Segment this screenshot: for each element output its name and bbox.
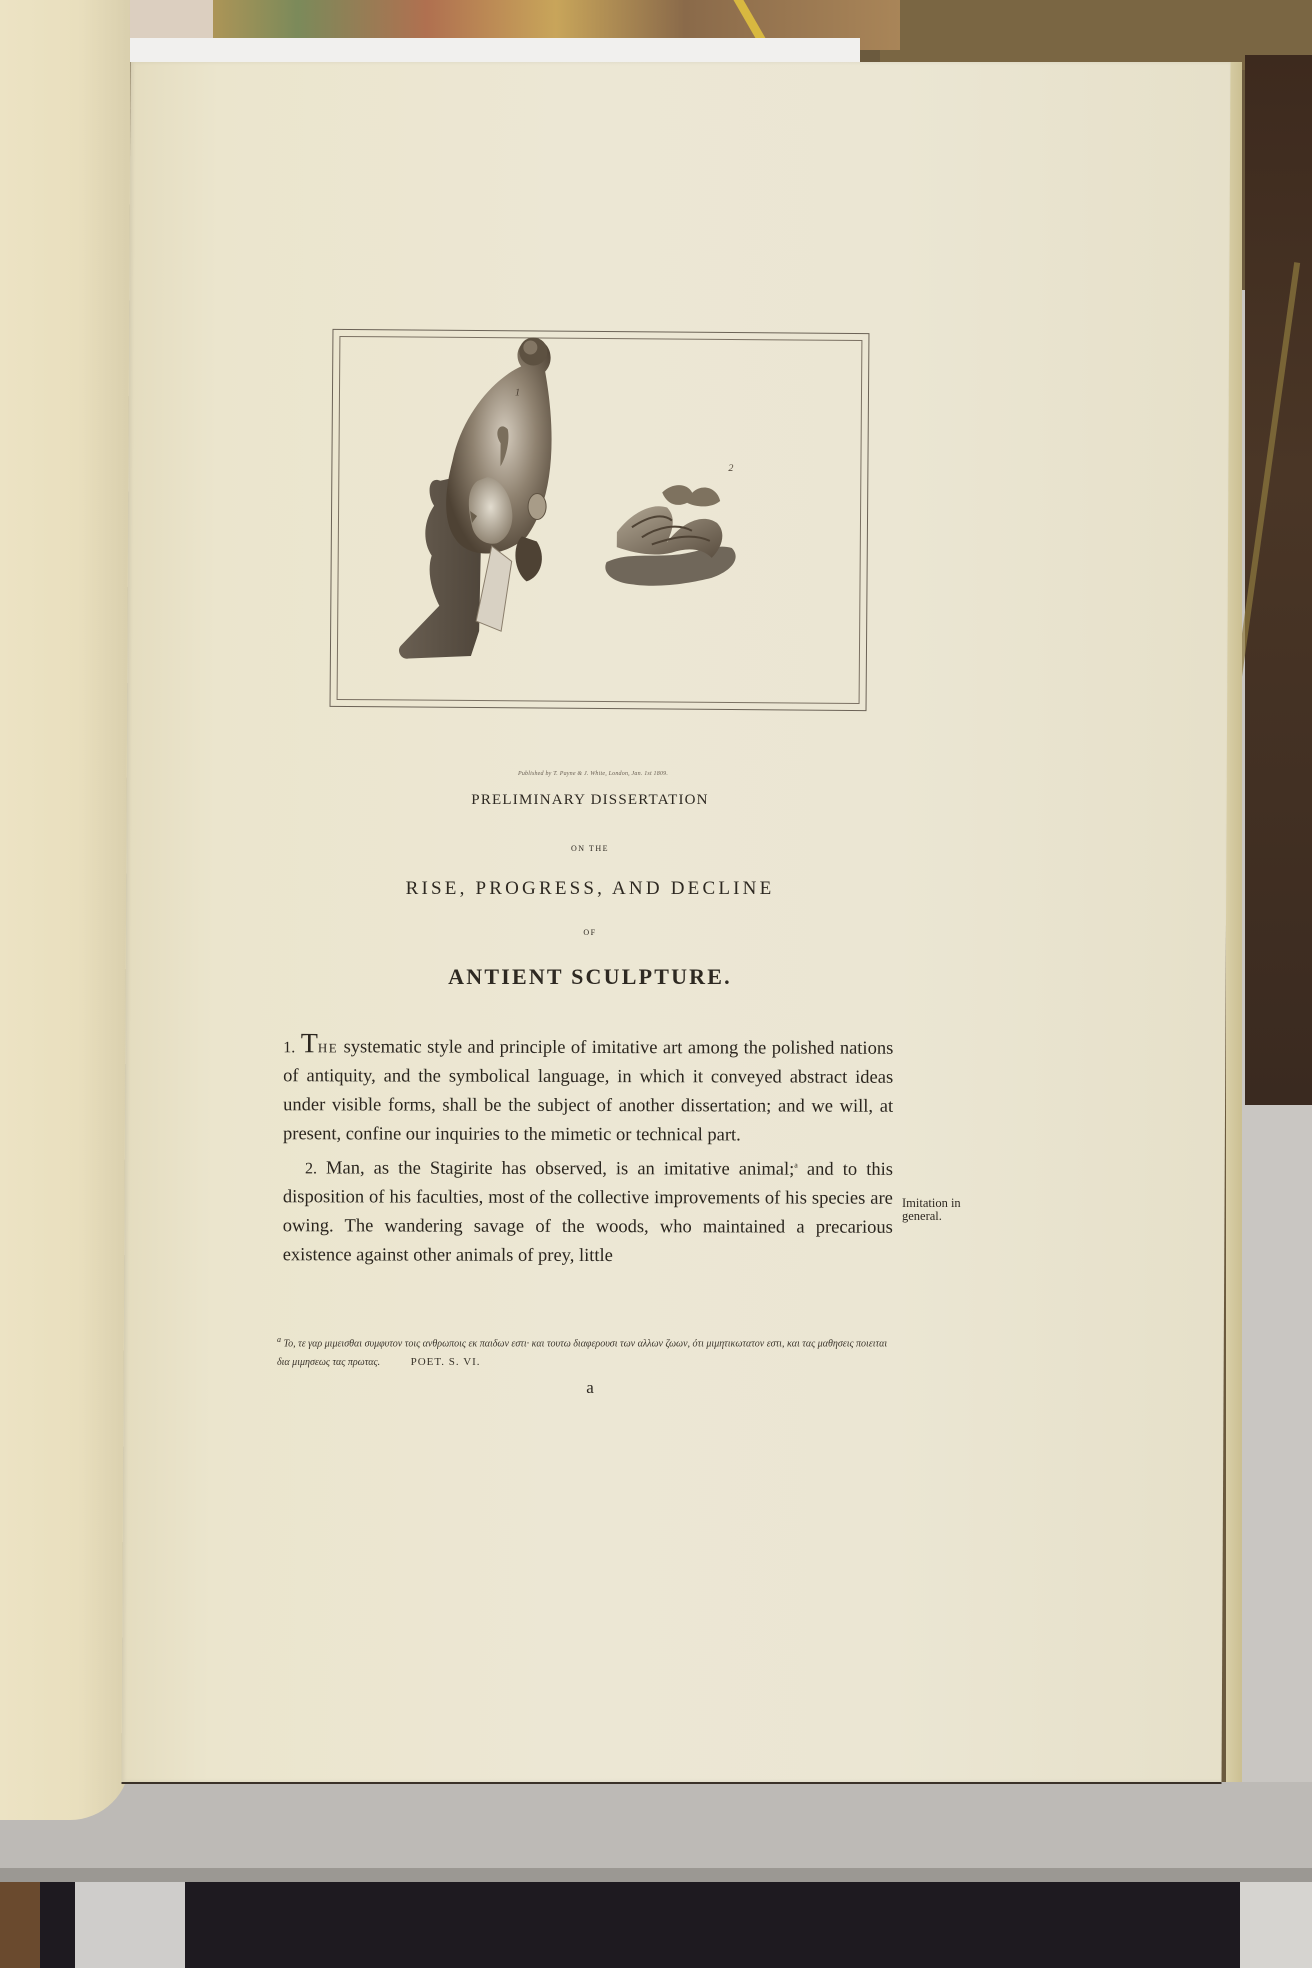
- drop-cap: T: [301, 1028, 318, 1059]
- book-page: [121, 62, 1230, 1784]
- figure-label-1: 1: [515, 387, 520, 398]
- paragraph-2: 2. Man, as the Stagirite has observed, i…: [283, 1149, 893, 1272]
- paper-strip: [128, 38, 860, 62]
- paragraph-text: systematic style and principle of imitat…: [283, 1037, 893, 1145]
- footnote-citation: POET. S. VI.: [411, 1356, 481, 1368]
- title-on-the: ON THE: [240, 844, 940, 853]
- figure-label-2: 2: [728, 463, 733, 474]
- box-left: [0, 1882, 40, 1968]
- sculpture-illustration: [331, 330, 869, 710]
- footnote: a Το, τε γαρ μιμεισθαι συμφυτον τοις ανθ…: [277, 1331, 897, 1372]
- paragraph-number: 2.: [305, 1160, 317, 1177]
- paragraph-1: 1. THE systematic style and principle of…: [283, 1033, 893, 1151]
- publisher-imprint: Published by T. Payne & J. White, London…: [503, 771, 683, 777]
- footnote-marker: a: [277, 1335, 281, 1344]
- marginal-note-line-2: general.: [902, 1210, 1002, 1223]
- body-text: 1. THE systematic style and principle of…: [283, 1033, 894, 1272]
- left-page: [0, 0, 130, 1820]
- title-of: OF: [240, 928, 940, 937]
- title-preliminary-dissertation: PRELIMINARY DISSERTATION: [240, 792, 940, 809]
- box-right: [1240, 1882, 1312, 1968]
- small-caps: HE: [318, 1040, 338, 1055]
- paragraph-number: 1.: [283, 1039, 295, 1056]
- footnote-greek-text: Το, τε γαρ μιμεισθαι συμφυτον τοις ανθρω…: [277, 1338, 887, 1368]
- paragraph-text: Man, as the Stagirite has observed, is a…: [317, 1158, 794, 1179]
- tray-lip: [0, 1868, 1312, 1882]
- marginal-note: Imitation in general.: [902, 1197, 1002, 1223]
- box-middle: [75, 1882, 185, 1968]
- signature-mark: a: [580, 1378, 600, 1398]
- title-rise-progress-decline: RISE, PROGRESS, AND DECLINE: [240, 878, 940, 900]
- shelf-below: [0, 1882, 1312, 1968]
- title-antient-sculpture: ANTIENT SCULPTURE.: [240, 964, 940, 990]
- engraved-plate: 1 2: [330, 329, 870, 711]
